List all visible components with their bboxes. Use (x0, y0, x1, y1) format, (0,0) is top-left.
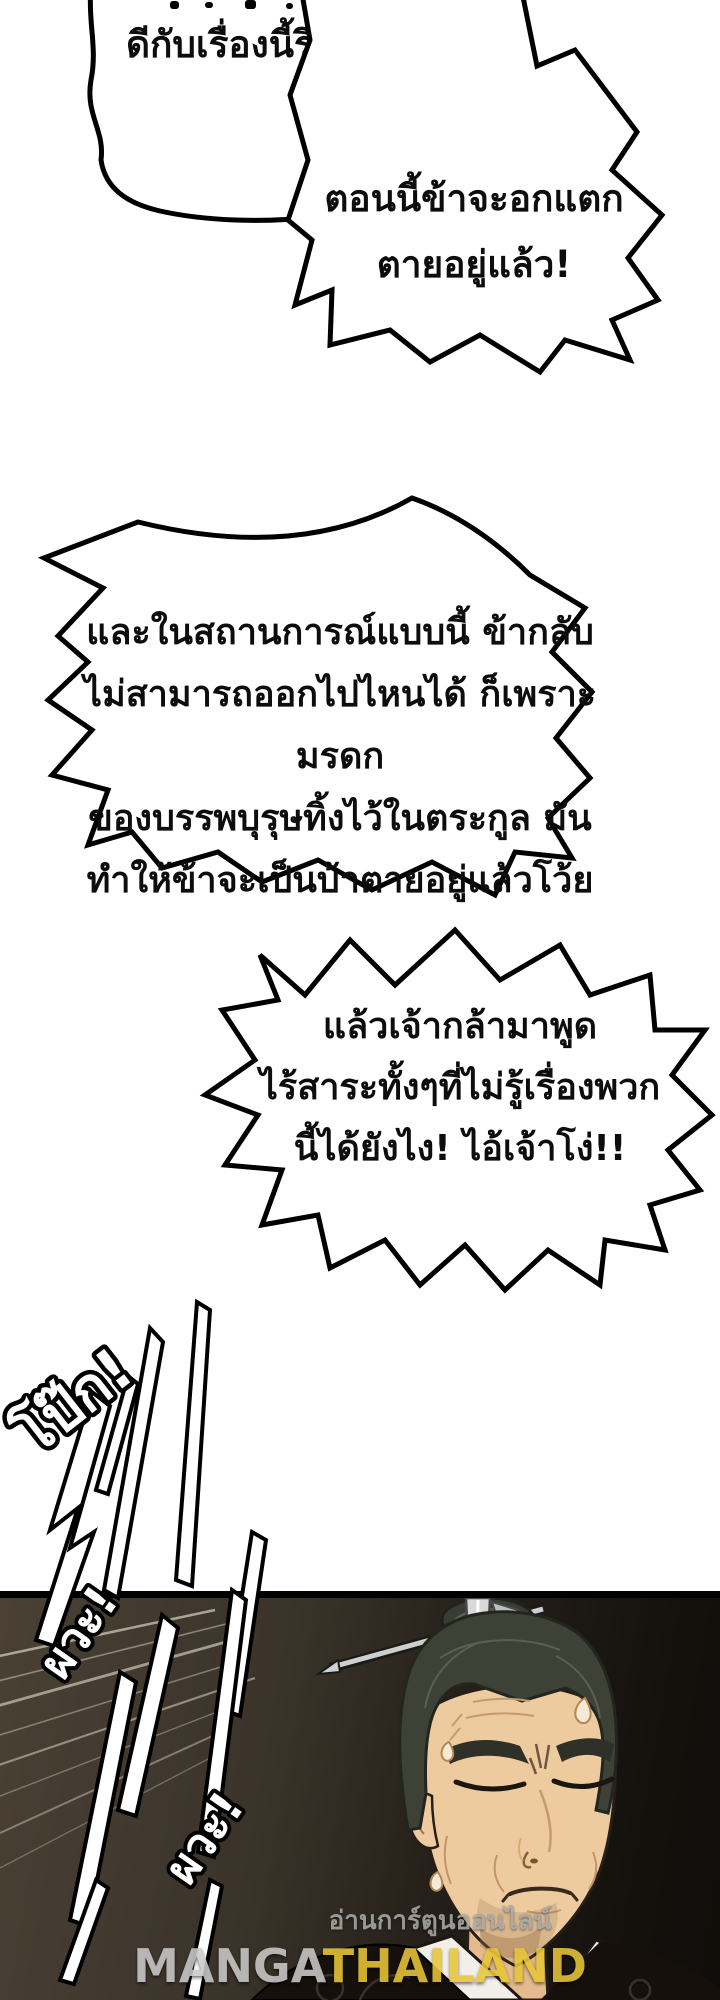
bubble-3-text: และในสถานการณ์แบบนี้ ข้ากลับ ไม่สามารถออ… (60, 602, 620, 912)
bubble-text-line: ไร้สาระทั้งๆที่ไม่รู้เรื่องพวก (230, 1057, 690, 1118)
bubble-text-line: ตอนนี้ข้าจะอกแตก (304, 166, 644, 232)
bubble-text-line: ทำให้ข้าจะเป็นบ้าตายอยู่แล้วโว้ย (60, 850, 620, 912)
bubble-text-line: ของบรรพบุรุษทิ้งไว้ในตระกูล มัน (60, 788, 620, 850)
sfx-slap-text-2: ผวะ! (154, 1782, 255, 1894)
bubble-2-text: ตอนนี้ข้าจะอกแตก ตายอยู่แล้ว! (304, 166, 644, 298)
bubble-text-line: แล้วเจ้ากล้ามาพูด (230, 996, 690, 1057)
bubble-4-text: แล้วเจ้ากล้ามาพูด ไร้สาระทั้งๆที่ไม่รู้เ… (230, 996, 690, 1179)
manga-page: { "page": {"width": 720, "height": 2000,… (0, 0, 720, 2000)
bubble-text-line: นี้ได้ยังไง! ไอ้เจ้าโง่!! (230, 1118, 690, 1179)
impact-lines-layer: โป๊ก! ผวะ! ผวะ! (0, 1280, 320, 2000)
bubble-text-line: ตายอยู่แล้ว! (304, 232, 644, 298)
bubble-text-line: และในสถานการณ์แบบนี้ ข้ากลับ (60, 602, 620, 664)
sfx-impact-text: โป๊ก! (0, 1334, 145, 1469)
bubble-text-line: ไม่สามารถออกไปไหนได้ ก็เพราะมรดก (60, 664, 620, 788)
